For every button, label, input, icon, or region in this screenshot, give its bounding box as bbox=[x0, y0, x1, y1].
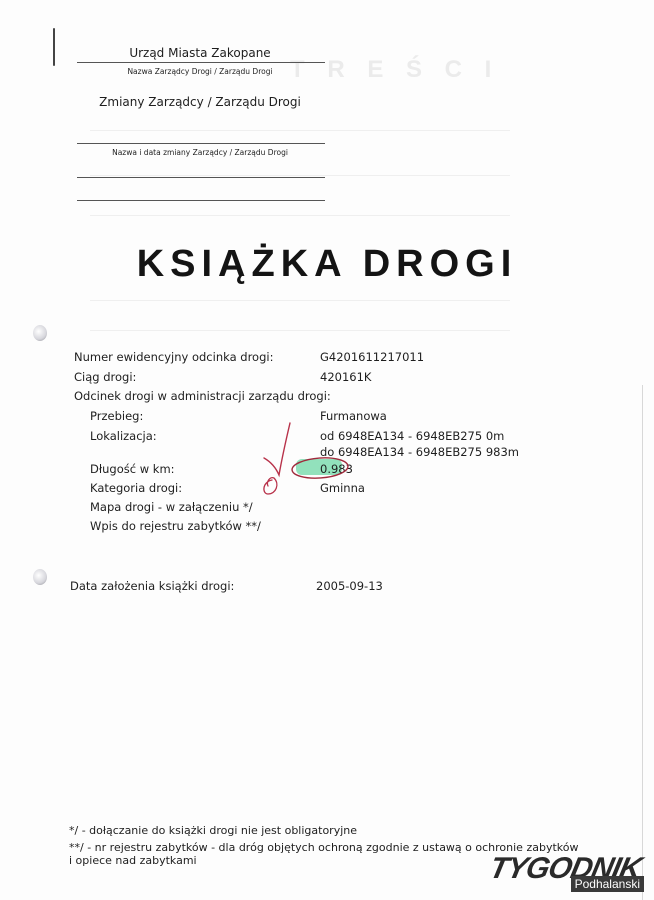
field-value-location-from: od 6948EA134 - 6948EB275 0m bbox=[320, 429, 504, 443]
manager-changes-caption: Nazwa i data zmiany Zarządcy / Zarządu D… bbox=[75, 148, 325, 157]
road-manager-name: Urząd Miasta Zakopane bbox=[75, 46, 325, 60]
blank-line-1 bbox=[77, 177, 325, 178]
footnote-1: */ - dołączanie do książki drogi nie jes… bbox=[69, 824, 357, 837]
punch-hole-top bbox=[33, 325, 47, 341]
field-label-length: Długość w km: bbox=[90, 462, 175, 476]
founding-date-value: 2005-09-13 bbox=[316, 579, 383, 593]
bleed-through-line bbox=[90, 175, 510, 176]
footnote-2-continued: i opiece nad zabytkami bbox=[69, 854, 197, 867]
bleed-through-line bbox=[90, 215, 510, 216]
founding-date-label: Data założenia książki drogi: bbox=[70, 579, 234, 593]
logo-sub-text: Podhalanski bbox=[571, 876, 644, 892]
road-manager-caption: Nazwa Zarządcy Drogi / Zarządu Drogi bbox=[75, 67, 325, 76]
bleed-through-line bbox=[90, 130, 510, 131]
punch-hole-bottom bbox=[33, 569, 47, 585]
blank-line-2 bbox=[77, 200, 325, 201]
manager-changes-heading: Zmiany Zarządcy / Zarządu Drogi bbox=[75, 95, 325, 109]
field-value-record-number: G4201611217011 bbox=[320, 350, 424, 364]
field-label-category: Kategoria drogi: bbox=[90, 481, 182, 495]
field-label-section: Odcinek drogi w administracji zarządu dr… bbox=[74, 389, 331, 403]
field-label-route: Przebieg: bbox=[90, 409, 143, 423]
manager-underline bbox=[77, 62, 325, 63]
field-value-road-sequence: 420161K bbox=[320, 370, 371, 384]
bleed-through-line bbox=[90, 330, 510, 331]
field-value-length: 0.983 bbox=[320, 462, 353, 476]
field-label-location: Lokalizacja: bbox=[90, 429, 157, 443]
field-value-location-to: do 6948EA134 - 6948EB275 983m bbox=[320, 445, 519, 459]
field-label-monument-registry: Wpis do rejestru zabytków **/ bbox=[90, 519, 261, 533]
staple-mark bbox=[53, 28, 55, 66]
document-title: KSIĄŻKA DROGI bbox=[0, 243, 654, 286]
field-value-category: Gminna bbox=[320, 481, 365, 495]
field-label-record-number: Numer ewidencyjny odcinka drogi: bbox=[74, 350, 273, 364]
changes-underline bbox=[77, 143, 325, 144]
field-value-route: Furmanowa bbox=[320, 409, 387, 423]
bleed-through-line bbox=[90, 300, 510, 301]
field-label-road-map: Mapa drogi - w załączeniu */ bbox=[90, 500, 253, 514]
field-label-road-sequence: Ciąg drogi: bbox=[74, 370, 136, 384]
page-edge bbox=[642, 385, 643, 900]
tygodnik-podhalanski-logo: TYGODNIK Podhalanski bbox=[490, 852, 650, 896]
